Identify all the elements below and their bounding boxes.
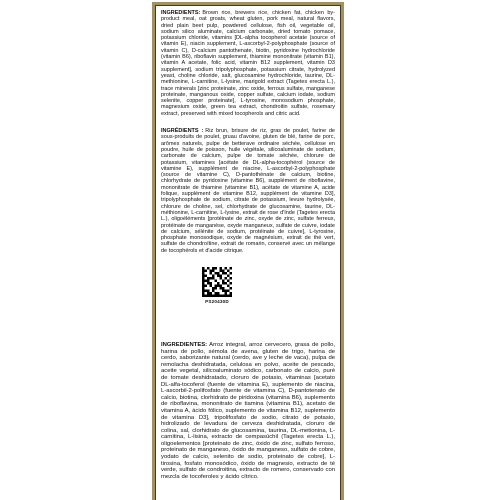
ingredients-label-inner-frame: INGREDIENTS:Brown rice, brewers rice, ch… [155,5,341,500]
ingredients-heading-spanish: INGREDIENTES: [161,342,209,348]
ingredients-heading-french: INGRÉDIENTS : [161,128,205,134]
datamatrix-barcode-icon [202,267,232,297]
ingredients-text-french: Riz brun, brisure de riz, gras de poulet… [161,128,335,254]
ingredients-label-panel: INGREDIENTS:Brown rice, brewers rice, ch… [152,2,344,500]
barcode-code-label: PS20430D [202,299,232,304]
ingredients-section-spanish: INGREDIENTES:Arroz integral, arroz cerve… [161,342,335,480]
ingredients-text-english: Brown rice, brewers rice, chicken fat, c… [161,10,335,117]
ingredients-heading-english: INGREDIENTS: [161,10,202,16]
ingredients-section-english: INGREDIENTS:Brown rice, brewers rice, ch… [161,10,335,117]
datamatrix-barcode-block: PS20430D [202,267,232,304]
ingredients-text-spanish: Arroz integral, arroz cervecero, grasa d… [161,342,335,480]
ingredients-section-french: INGRÉDIENTS :Riz brun, brisure de riz, g… [161,128,335,254]
